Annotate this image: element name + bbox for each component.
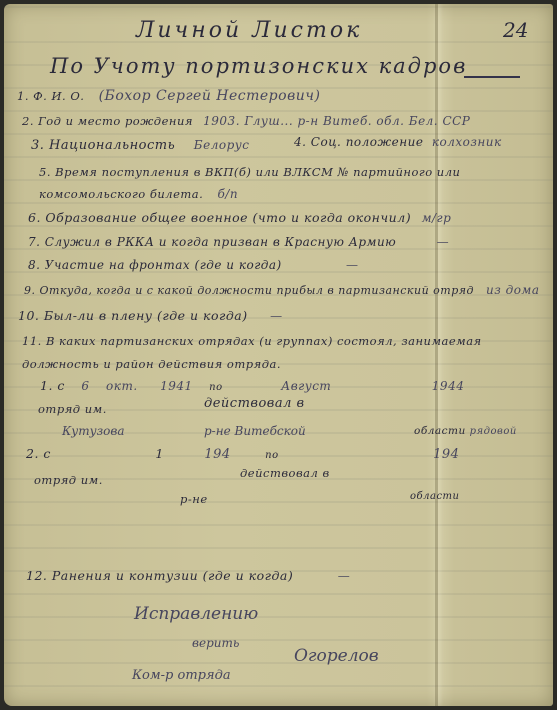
field-number: 2.	[22, 114, 34, 128]
field-value: из дома	[486, 283, 540, 297]
field-4: 4. Соц. положение колхозник	[294, 135, 502, 149]
page-number: 24	[503, 18, 528, 42]
document-title: Личной Листок	[136, 18, 362, 43]
field-number: 11.	[22, 334, 42, 348]
document-page: Личной Листок 24 По Учоту портизонских к…	[4, 4, 553, 706]
field-9: 9. Откуда, когда и с какой должности при…	[24, 283, 540, 297]
field-number: 1.	[17, 89, 29, 103]
field-label: Соц. положение	[311, 135, 424, 149]
title-underline	[464, 76, 520, 78]
field-value: 1903. Глуш... р-н Витеб. обл. Бел. ССР	[203, 114, 470, 128]
service-2-dates: 2. с 1 194 по 194	[26, 446, 459, 462]
from-year: 194	[204, 447, 230, 462]
to-month: Август	[281, 379, 331, 393]
field-label: Был-ли в плену (где и когда)	[44, 308, 248, 323]
from-prefix: с	[43, 446, 51, 461]
to-year: 194	[433, 447, 459, 462]
field-3: 3. Национальность Белорус	[31, 138, 249, 153]
field-value: колхозник	[432, 135, 502, 149]
field-label: Ранения и контузии (где и когда)	[52, 568, 293, 583]
field-label: Год и место рождения	[38, 114, 193, 128]
region-label: области	[414, 425, 466, 437]
field-2: 2. Год и место рождения 1903. Глуш... р-…	[22, 114, 470, 128]
field-number: 4.	[294, 135, 306, 149]
field-label: Откуда, когда и с какой должности прибыл…	[40, 284, 475, 297]
field-value: м/гр	[422, 211, 452, 225]
field-label: Ф. И. О.	[33, 89, 84, 103]
service-number: 2.	[26, 446, 39, 461]
field-8: 8. Участие на фронтах (где и когда) —	[28, 258, 359, 272]
service-number: 1.	[40, 378, 53, 393]
service-1-unit-label: отряд им.	[38, 402, 107, 416]
field-6: 6. Образование общее военное (что и когд…	[28, 210, 451, 225]
commander-signature: Огорелов	[294, 646, 379, 666]
to-year: 1944	[432, 379, 465, 393]
field-label: Время поступления в ВКП(б) или ВЛКСМ № п…	[39, 165, 460, 201]
field-label: В каких партизанских отрядах (и группах)…	[22, 334, 482, 371]
service-1-region: области рядовой	[414, 425, 517, 437]
field-value: —	[437, 235, 450, 249]
field-value: б/п	[217, 187, 238, 201]
field-12: 12. Ранения и контузии (где и когда) —	[26, 568, 350, 583]
field-number: 5.	[39, 165, 51, 179]
field-label: Служил в РККА и когда призван в Красную …	[45, 235, 396, 249]
field-value: —	[346, 258, 359, 272]
field-value: —	[338, 569, 351, 583]
document-subtitle: По Учоту портизонских кадров	[50, 54, 467, 78]
field-number: 8.	[28, 258, 40, 272]
service-1-dates: 1. с 6 окт. 1941 по Август 1944	[40, 378, 464, 393]
field-number: 9.	[24, 284, 36, 297]
signature-line-1: Исправлению	[134, 604, 258, 624]
signature-line-3: Ком-р отряда	[132, 668, 231, 683]
field-value: (Бохор Сергей Нестерович)	[99, 88, 321, 104]
to-prefix: по	[265, 450, 278, 461]
service-2-region: области	[410, 491, 459, 502]
from-year: 1941	[160, 379, 193, 393]
role: рядовой	[470, 426, 517, 437]
field-value: Белорус	[194, 138, 250, 152]
field-value: —	[270, 309, 283, 323]
field-11: 11. В каких партизанских отрядах (и груп…	[22, 330, 527, 376]
field-number: 6.	[28, 210, 41, 225]
field-5: 5. Время поступления в ВКП(б) или ВЛКСМ …	[39, 161, 529, 205]
field-7: 7. Служил в РККА и когда призван в Красн…	[28, 235, 449, 249]
field-label: Образование общее военное (что и когда о…	[45, 210, 411, 225]
field-1: 1. Ф. И. О. (Бохор Сергей Нестерович)	[17, 88, 320, 104]
service-2-acted-label: действовал в	[240, 466, 330, 480]
signature-line-2: верить	[192, 636, 239, 650]
to-prefix: по	[209, 382, 222, 393]
service-1-acted-label: действовал в	[204, 396, 305, 411]
field-label: Национальность	[49, 138, 175, 153]
field-10: 10. Был-ли в плену (где и когда) —	[18, 308, 283, 323]
service-1-district: р-не Витебской	[204, 424, 306, 438]
service-2-district: р-не	[180, 492, 208, 506]
from-month: окт.	[106, 379, 138, 393]
field-number: 10.	[18, 308, 39, 323]
from-prefix: с	[57, 378, 65, 393]
field-number: 3.	[31, 138, 44, 153]
service-1-unit-name: Кутузова	[62, 424, 125, 438]
field-label: Участие на фронтах (где и когда)	[45, 258, 282, 272]
service-2-unit-label: отряд им.	[34, 473, 103, 487]
field-number: 7.	[28, 235, 40, 249]
from-day: 6	[81, 379, 89, 393]
field-number: 12.	[26, 568, 47, 583]
